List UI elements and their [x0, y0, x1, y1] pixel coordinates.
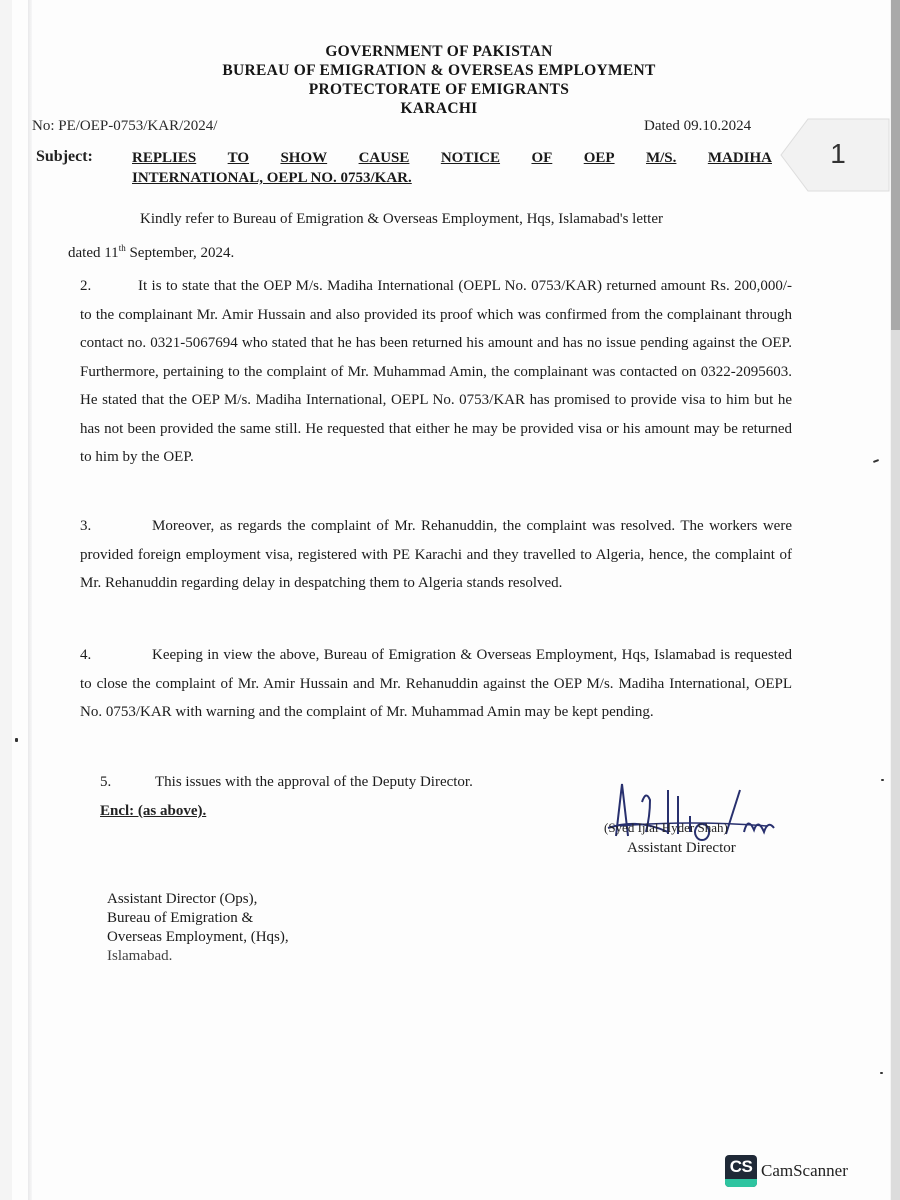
paragraph-text: Keeping in view the above, Bureau of Emi… — [80, 647, 792, 720]
recipient-line: Assistant Director (Ops), — [107, 890, 289, 909]
subject-word: MADIHA — [708, 148, 772, 168]
paragraph-1-line-2: dated 11th September, 2024. — [68, 234, 792, 268]
page-number: 1 — [818, 138, 858, 170]
scan-artifact — [15, 738, 18, 742]
scanned-paper-edge — [28, 0, 32, 1200]
letterhead-line: BUREAU OF EMIGRATION & OVERSEAS EMPLOYME… — [0, 61, 878, 81]
scrollbar-thumb[interactable] — [891, 0, 900, 330]
letterhead-line: KARACHI — [0, 99, 878, 119]
reference-number: No: PE/OEP-0753/KAR/2024/ — [32, 118, 217, 135]
camscanner-label: CamScanner — [761, 1161, 848, 1181]
paragraph-3: 3.Moreover, as regards the complaint of … — [80, 512, 792, 598]
paragraph-number: 4. — [80, 641, 152, 670]
subject-word: REPLIES — [132, 148, 196, 168]
camscanner-watermark: CS CamScanner — [725, 1155, 848, 1187]
subject-word: M/S. — [646, 148, 676, 168]
subject-word: NOTICE — [441, 148, 500, 168]
subject-word: SHOW — [280, 148, 327, 168]
recipient-line: Islamabad. — [107, 947, 289, 966]
ordinal-suffix: th — [119, 243, 126, 253]
paragraph-1-line-1: Kindly refer to Bureau of Emigration & O… — [80, 205, 792, 234]
paragraph-1: Kindly refer to Bureau of Emigration & O… — [80, 205, 792, 267]
subject-label: Subject: — [36, 148, 93, 166]
paragraph-text: This issues with the approval of the Dep… — [155, 774, 473, 790]
date-text: dated 11 — [68, 245, 119, 261]
paragraph-text: Moreover, as regards the complaint of Mr… — [80, 518, 792, 591]
subject-word: CAUSE — [359, 148, 410, 168]
paragraph-2: 2.It is to state that the OEP M/s. Madih… — [80, 272, 792, 472]
paragraph-number: 2. — [80, 272, 138, 301]
subject-word: OF — [531, 148, 552, 168]
letterhead-line: GOVERNMENT OF PAKISTAN — [0, 42, 878, 62]
paragraph-text: It is to state that the OEP M/s. Madiha … — [80, 278, 792, 465]
subject-text: REPLIESTOSHOWCAUSENOTICEOFOEPM/S.MADIHA … — [132, 148, 772, 188]
cs-logo-band — [725, 1179, 757, 1187]
signatory-name: (Syed Ijlal Hyder Shah) — [604, 820, 728, 836]
letter-date: Dated 09.10.2024 — [644, 118, 751, 135]
letterhead-line: PROTECTORATE OF EMIGRANTS — [0, 80, 878, 100]
recipient-address: Assistant Director (Ops), Bureau of Emig… — [107, 890, 289, 966]
cs-logo-text: CS — [730, 1157, 753, 1177]
subject-line-2: INTERNATIONAL, OEPL NO. 0753/KAR. — [132, 168, 772, 188]
scan-artifact — [880, 1072, 883, 1074]
recipient-line: Bureau of Emigration & — [107, 909, 289, 928]
subject-word: TO — [228, 148, 249, 168]
page-number-indicator[interactable]: 1 — [780, 118, 890, 192]
paragraph-5: 5.This issues with the approval of the D… — [100, 774, 473, 791]
date-text-rest: September, 2024. — [126, 245, 235, 261]
subject-word: OEP — [584, 148, 615, 168]
subject-line-1: REPLIESTOSHOWCAUSENOTICEOFOEPM/S.MADIHA — [132, 148, 772, 168]
signatory-title: Assistant Director — [627, 840, 736, 857]
recipient-line: Overseas Employment, (Hqs), — [107, 928, 289, 947]
letterhead: GOVERNMENT OF PAKISTAN BUREAU OF EMIGRAT… — [0, 42, 878, 118]
paragraph-4: 4.Keeping in view the above, Bureau of E… — [80, 641, 792, 727]
paragraph-number: 5. — [100, 774, 155, 791]
enclosure-note: Encl: (as above). — [100, 803, 206, 820]
paragraph-number: 3. — [80, 512, 152, 541]
cs-logo-icon: CS — [725, 1155, 757, 1187]
scan-artifact — [881, 779, 884, 781]
